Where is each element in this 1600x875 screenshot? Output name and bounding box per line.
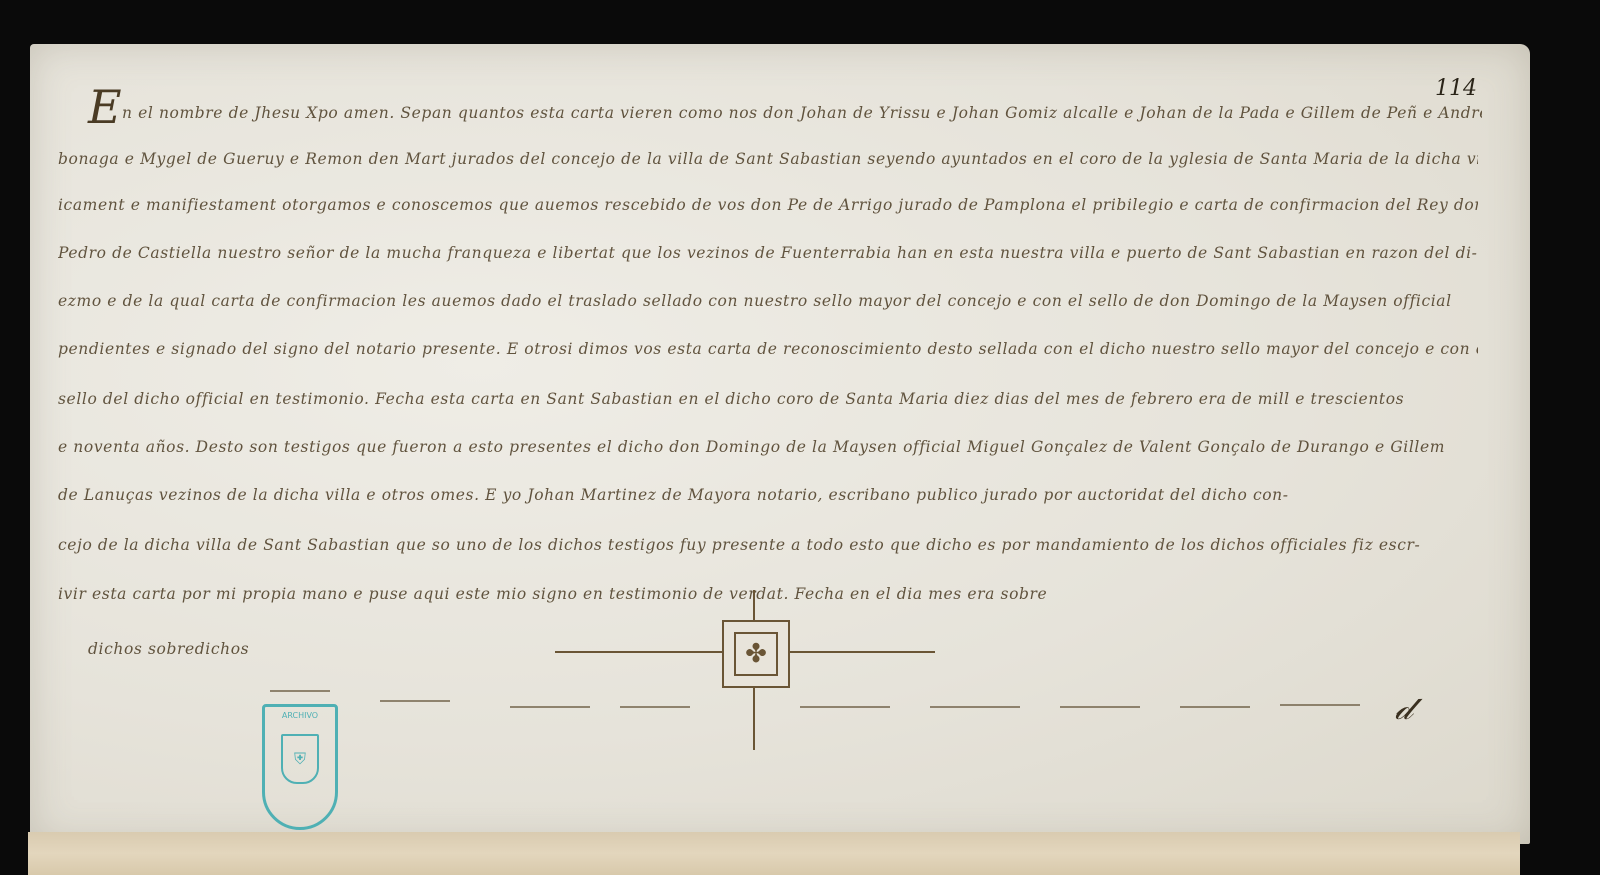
signum-flower-icon: ✤ — [734, 632, 778, 676]
filler-dash — [930, 706, 1020, 708]
text-line: dichos sobredichos — [88, 640, 268, 658]
text-line: de Lanuças vezinos de la dicha villa e o… — [58, 486, 1478, 504]
notarial-signum: ✤ — [722, 620, 790, 688]
filler-dash — [620, 706, 690, 708]
text-line: Pedro de Castiella nuestro señor de la m… — [58, 244, 1478, 262]
filler-dash — [510, 706, 590, 708]
decorated-initial: E — [88, 80, 122, 134]
closing-flourish: 𝒹 — [1395, 688, 1412, 728]
filler-dash — [1060, 706, 1140, 708]
filler-dash — [1180, 706, 1250, 708]
text-line: bonaga e Mygel de Gueruy e Remon den Mar… — [58, 150, 1478, 168]
text-line: ezmo e de la qual carta de confirmacion … — [58, 292, 1478, 310]
filler-dash — [800, 706, 890, 708]
parchment-fold-edge — [28, 832, 1520, 875]
text-line: e noventa años. Desto son testigos que f… — [58, 438, 1478, 456]
filler-dash — [270, 690, 330, 692]
coat-of-arms-icon: ⛨ — [281, 734, 319, 784]
text-line: sello del dicho official en testimonio. … — [58, 390, 1478, 408]
stamp-top-text: ARCHIVO — [265, 711, 335, 720]
text-line: cejo de la dicha villa de Sant Sabastian… — [58, 536, 1478, 554]
folio-number: 114 — [1435, 76, 1477, 101]
text-line: pendientes e signado del signo del notar… — [58, 340, 1478, 358]
filler-dash — [1280, 704, 1360, 706]
text-line: icament e manifiestament otorgamos e con… — [58, 196, 1478, 214]
filler-dash — [380, 700, 450, 702]
text-line: ivir esta carta por mi propia mano e pus… — [58, 585, 1478, 603]
archive-stamp: ARCHIVO ⛨ — [262, 704, 338, 830]
text-line: n el nombre de Jhesu Xpo amen. Sepan qua… — [122, 104, 1482, 122]
